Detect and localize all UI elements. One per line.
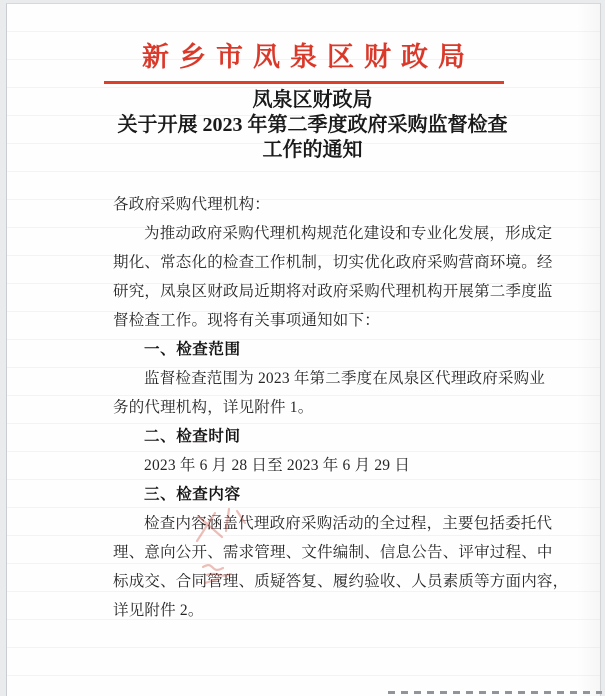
document-title-line-1: 凤泉区财政局 xyxy=(25,88,600,113)
body-line: 为推动政府采购代理机构规范化建设和专业化发展，形成定 xyxy=(113,219,600,248)
inspection-date-line: 2023 年 6 月 28 日至 2023 年 6 月 29 日 xyxy=(113,451,600,480)
letterhead-agency-name: 新乡市凤泉区财政局 xyxy=(7,40,600,74)
document-page: 新乡市凤泉区财政局 凤泉区财政局 关于开展 2023 年第二季度政府采购监督检查… xyxy=(6,3,601,696)
document-body: 各政府采购代理机构： 为推动政府采购代理机构规范化建设和专业化发展，形成定 期化… xyxy=(7,190,600,625)
body-line: 理、意向公开、需求管理、文件编制、信息公告、评审过程、中 xyxy=(113,538,600,567)
document-title-line-3: 工作的通知 xyxy=(25,138,600,163)
body-line: 督检查工作。现将有关事项通知如下： xyxy=(113,306,600,335)
letterhead-divider xyxy=(104,81,504,84)
document-title: 凤泉区财政局 关于开展 2023 年第二季度政府采购监督检查 工作的通知 xyxy=(7,88,600,163)
body-line: 标成交、合同管理、质疑答复、履约验收、人员素质等方面内容， xyxy=(113,567,600,596)
body-line: 期化、常态化的检查工作机制，切实优化政府采购营商环境。经 xyxy=(113,248,600,277)
body-line: 监督检查范围为 2023 年第二季度在凤泉区代理政府采购业 xyxy=(113,364,600,393)
body-line: 详见附件 2。 xyxy=(113,596,600,625)
body-line: 检查内容涵盖代理政府采购活动的全过程，主要包括委托代 xyxy=(113,509,600,538)
document-title-line-2: 关于开展 2023 年第二季度政府采购监督检查 xyxy=(25,113,600,138)
document-viewer: 新乡市凤泉区财政局 凤泉区财政局 关于开展 2023 年第二季度政府采购监督检查… xyxy=(0,0,605,696)
salutation-line: 各政府采购代理机构： xyxy=(113,190,600,219)
body-line: 务的代理机构，详见附件 1。 xyxy=(113,393,600,422)
selection-dashed-border[interactable] xyxy=(388,691,602,694)
section-heading-scope: 一、检查范围 xyxy=(113,335,600,364)
section-heading-content: 三、检查内容 xyxy=(113,480,600,509)
section-heading-time: 二、检查时间 xyxy=(113,422,600,451)
body-line: 研究，凤泉区财政局近期将对政府采购代理机构开展第二季度监 xyxy=(113,277,600,306)
